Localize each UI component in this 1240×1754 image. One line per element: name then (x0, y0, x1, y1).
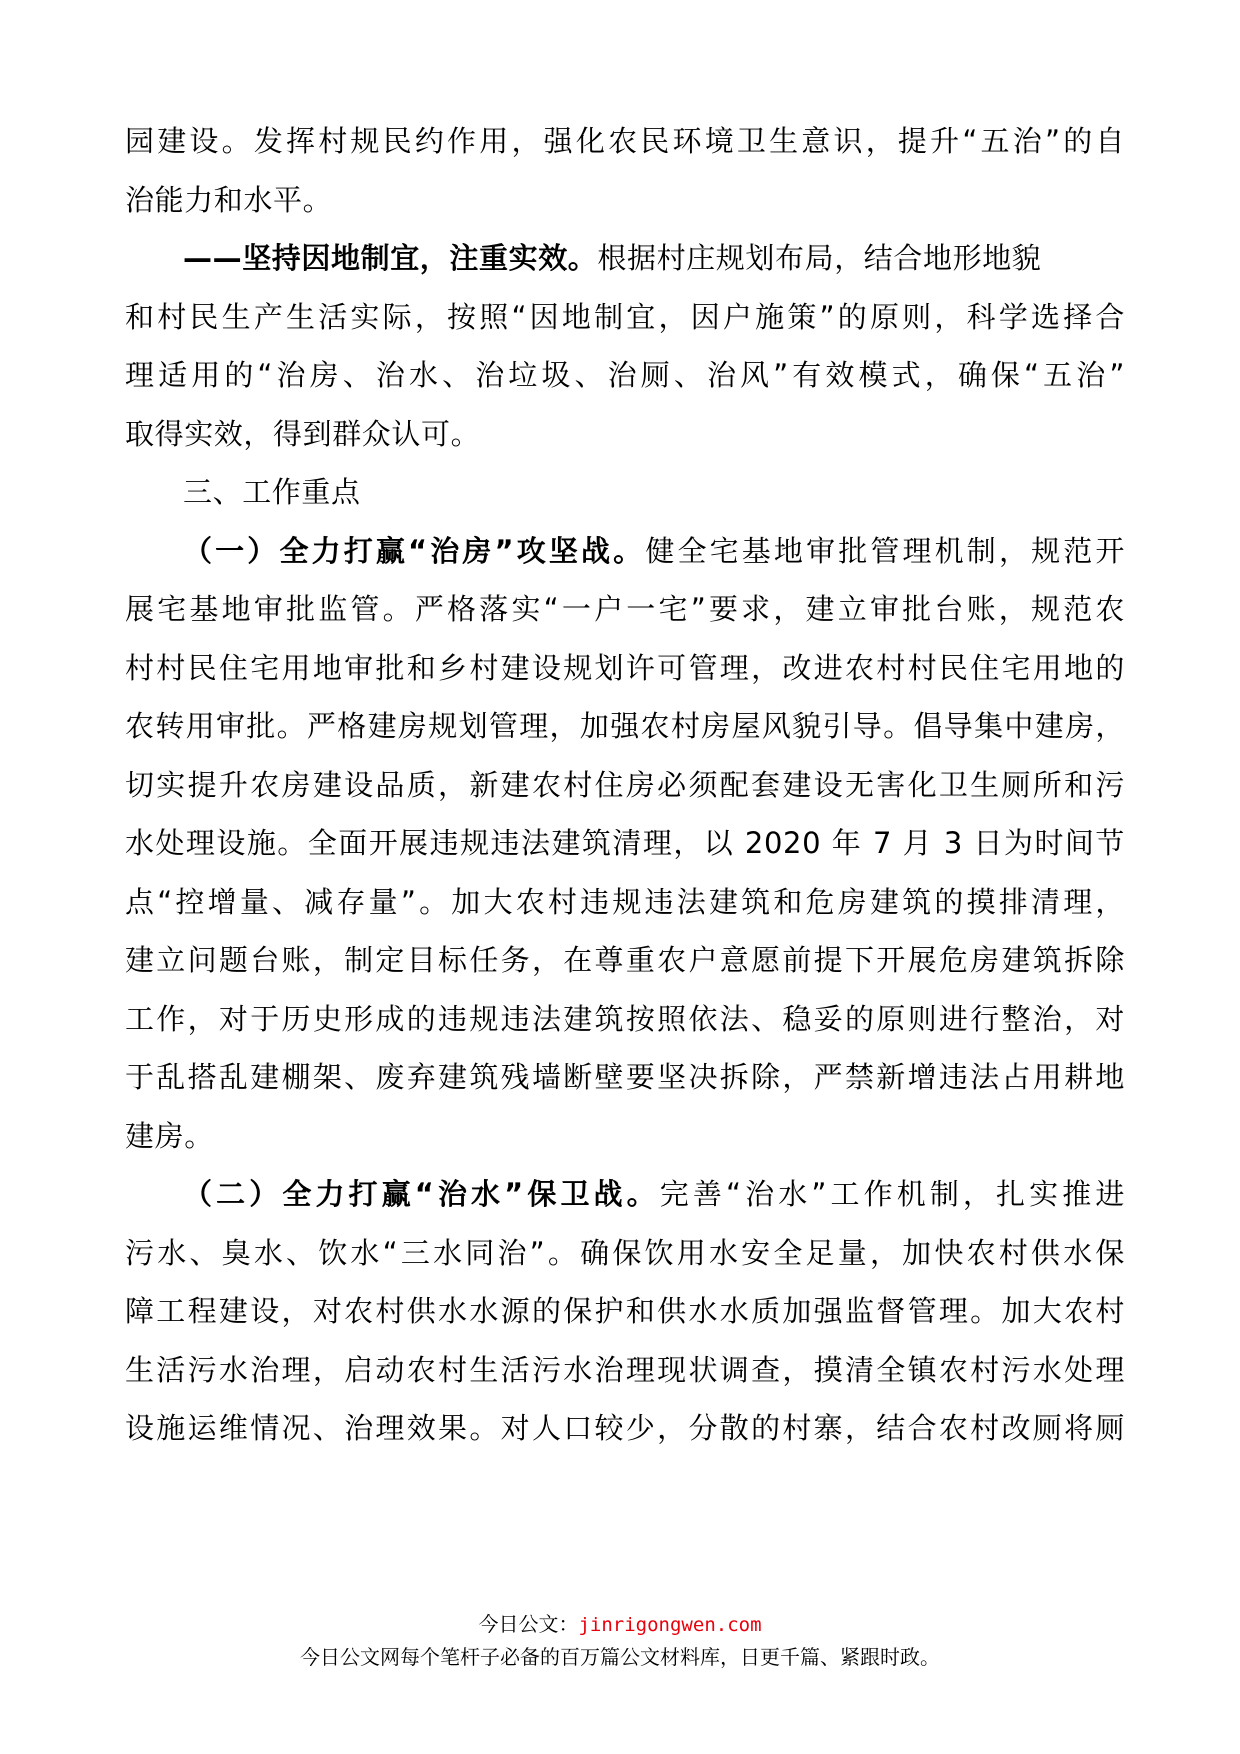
body-text: 设施运维情况、治理效果。对人口较少，分散的村寨，结合农村改厕将厕 (125, 1411, 1125, 1445)
bold-heading-text: （一）全力打赢“治房”攻坚战。 (183, 534, 645, 568)
text-line: 和村民生产生活实际，按照“因地制宜，因户施策”的原则，科学选择合 (125, 288, 1125, 347)
body-text: 园建设。发挥村规民约作用，强化农民环境卫生意识，提升“五治”的自 (125, 124, 1125, 158)
body-text: 生活污水治理，启动农村生活污水治理现状调查，摸清全镇农村污水处理 (125, 1353, 1125, 1387)
text-line: 建立问题台账，制定目标任务，在尊重农户意愿前提下开展危房建筑拆除 (125, 931, 1125, 990)
body-text: 农转用审批。严格建房规划管理，加强农村房屋风貌引导。倡导集中建房， (125, 709, 1125, 743)
text-line: 展宅基地审批监管。严格落实“一户一宅”要求，建立审批台账，规范农 (125, 580, 1125, 639)
text-line: 于乱搭乱建棚架、废弃建筑残墙断壁要坚决拆除，严禁新增违法占用耕地 (125, 1048, 1125, 1107)
body-text: 三、工作重点 (183, 475, 361, 509)
footer-slogan: 今日公文网每个笔杆子必备的百万篇公文材料库，日更千篇、紧跟时政。 (0, 1643, 1240, 1671)
body-text: 工作，对于历史形成的违规违法建筑按照依法、稳妥的原则进行整治，对 (125, 1002, 1125, 1036)
body-text: 治能力和水平。 (125, 183, 332, 217)
text-line: 理适用的“治房、治水、治垃圾、治厕、治风”有效模式，确保“五治” (125, 346, 1125, 405)
text-line: 三、工作重点 (125, 463, 1125, 522)
text-line: （二）全力打赢“治水”保卫战。完善“治水”工作机制，扎实推进 (125, 1165, 1125, 1224)
text-line: 村村民住宅用地审批和乡村建设规划许可管理，改进农村村民住宅用地的 (125, 639, 1125, 698)
body-text: 建立问题台账，制定目标任务，在尊重农户意愿前提下开展危房建筑拆除 (125, 943, 1125, 977)
body-text: 障工程建设，对农村供水水源的保护和供水水质加强监督管理。加大农村 (125, 1294, 1125, 1328)
body-text: 污水、臭水、饮水“三水同治”。确保饮用水安全足量，加快农村供水保 (125, 1236, 1125, 1270)
body-text: 点“控增量、减存量”。加大农村违规违法建筑和危房建筑的摸排清理， (125, 885, 1125, 919)
text-line: 建房。 (125, 1107, 1125, 1166)
body-text: 和村民生产生活实际，按照“因地制宜，因户施策”的原则，科学选择合 (125, 300, 1125, 334)
body-text: 根据村庄规划布局，结合地形地貌 (597, 241, 1041, 275)
text-line: ——坚持因地制宜，注重实效。根据村庄规划布局，结合地形地貌 (125, 229, 1125, 288)
bold-heading-text: ——坚持因地制宜，注重实效。 (183, 241, 597, 275)
footer-site-url-link[interactable]: jinrigongwen.com (578, 1614, 761, 1636)
document-page: 园建设。发挥村规民约作用，强化农民环境卫生意识，提升“五治”的自治能力和水平。—… (0, 0, 1240, 1754)
text-line: 生活污水治理，启动农村生活污水治理现状调查，摸清全镇农村污水处理 (125, 1341, 1125, 1400)
body-text: 理适用的“治房、治水、治垃圾、治厕、治风”有效模式，确保“五治” (125, 358, 1125, 392)
body-text: 村村民住宅用地审批和乡村建设规划许可管理，改进农村村民住宅用地的 (125, 651, 1125, 685)
body-text: 水处理设施。全面开展违规违法建筑清理，以 2020 年 7 月 3 日为时间节 (125, 826, 1125, 860)
text-line: 设施运维情况、治理效果。对人口较少，分散的村寨，结合农村改厕将厕 (125, 1399, 1125, 1458)
bold-heading-text: （二）全力打赢“治水”保卫战。 (183, 1177, 660, 1211)
text-line: 治能力和水平。 (125, 171, 1125, 230)
body-text: 完善“治水”工作机制，扎实推进 (660, 1177, 1125, 1211)
text-line: 污水、臭水、饮水“三水同治”。确保饮用水安全足量，加快农村供水保 (125, 1224, 1125, 1283)
body-text: 展宅基地审批监管。严格落实“一户一宅”要求，建立审批台账，规范农 (125, 592, 1125, 626)
body-text: 切实提升农房建设品质，新建农村住房必须配套建设无害化卫生厕所和污 (125, 768, 1125, 802)
body-text: 建房。 (125, 1119, 214, 1153)
text-line: 切实提升农房建设品质，新建农村住房必须配套建设无害化卫生厕所和污 (125, 756, 1125, 815)
text-line: 农转用审批。严格建房规划管理，加强农村房屋风貌引导。倡导集中建房， (125, 697, 1125, 756)
document-body: 园建设。发挥村规民约作用，强化农民环境卫生意识，提升“五治”的自治能力和水平。—… (125, 112, 1125, 1458)
text-line: 点“控增量、减存量”。加大农村违规违法建筑和危房建筑的摸排清理， (125, 873, 1125, 932)
text-line: 工作，对于历史形成的违规违法建筑按照依法、稳妥的原则进行整治，对 (125, 990, 1125, 1049)
body-text: 健全宅基地审批管理机制，规范开 (645, 534, 1125, 568)
text-line: 水处理设施。全面开展违规违法建筑清理，以 2020 年 7 月 3 日为时间节 (125, 814, 1125, 873)
body-text: 取得实效，得到群众认可。 (125, 417, 480, 451)
footer-site-line: 今日公文：jinrigongwen.com (0, 1610, 1240, 1639)
text-line: （一）全力打赢“治房”攻坚战。健全宅基地审批管理机制，规范开 (125, 522, 1125, 581)
footer-site-label: 今日公文： (478, 1612, 578, 1636)
text-line: 园建设。发挥村规民约作用，强化农民环境卫生意识，提升“五治”的自 (125, 112, 1125, 171)
text-line: 障工程建设，对农村供水水源的保护和供水水质加强监督管理。加大农村 (125, 1282, 1125, 1341)
body-text: 于乱搭乱建棚架、废弃建筑残墙断壁要坚决拆除，严禁新增违法占用耕地 (125, 1060, 1125, 1094)
text-line: 取得实效，得到群众认可。 (125, 405, 1125, 464)
